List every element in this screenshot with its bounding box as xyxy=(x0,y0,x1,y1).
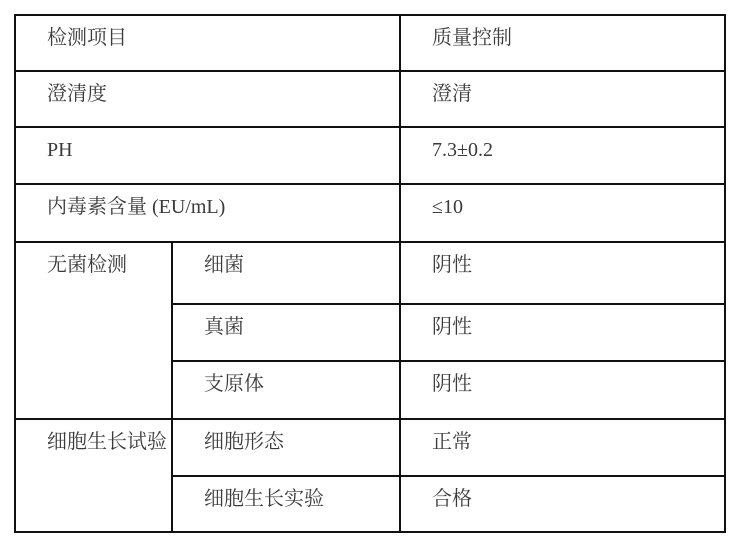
cell-ph-value: 7.3±0.2 xyxy=(400,127,725,184)
cell-fungi-value: 阴性 xyxy=(400,304,725,361)
cell-morphology-value: 正常 xyxy=(400,419,725,476)
fungi-value: 阴性 xyxy=(432,316,472,338)
clarity-label: 澄清度 xyxy=(47,83,107,105)
cell-clarity-label: 澄清度 xyxy=(15,71,400,127)
cell-endotoxin-label: 内毒素含量 (EU/mL) xyxy=(15,184,400,242)
morphology-label: 细胞形态 xyxy=(204,431,284,453)
cell-morphology-label: 细胞形态 xyxy=(172,419,400,476)
cell-growth-test-value: 合格 xyxy=(400,476,725,532)
header-row: 检测项目 质量控制 xyxy=(15,15,725,71)
document-page: 检测项目 质量控制 澄清度 澄清 PH 7.3±0.2 xyxy=(0,0,736,540)
cell-ph-label: PH xyxy=(15,127,400,184)
cell-growth-test-label: 细胞生长实验 xyxy=(172,476,400,532)
mycoplasma-value: 阴性 xyxy=(432,373,472,395)
clarity-value: 澄清 xyxy=(432,83,472,105)
endotoxin-value: ≤10 xyxy=(432,196,463,218)
morphology-value: 正常 xyxy=(432,431,472,453)
table-row-cell-morphology: 细胞生长试验 细胞形态 正常 xyxy=(15,419,725,476)
cell-mycoplasma-label: 支原体 xyxy=(172,361,400,419)
quality-control-table: 检测项目 质量控制 澄清度 澄清 PH 7.3±0.2 xyxy=(14,14,726,533)
cell-bacteria-value: 阴性 xyxy=(400,242,725,304)
bacteria-value: 阴性 xyxy=(432,254,472,276)
cell-fungi-label: 真菌 xyxy=(172,304,400,361)
mycoplasma-label: 支原体 xyxy=(204,373,264,395)
cell-bacteria-label: 细菌 xyxy=(172,242,400,304)
sterility-group-label: 无菌检测 xyxy=(47,254,127,276)
cell-mycoplasma-value: 阴性 xyxy=(400,361,725,419)
table-row-clarity: 澄清度 澄清 xyxy=(15,71,725,127)
table-row-bacteria: 无菌检测 细菌 阴性 xyxy=(15,242,725,304)
cell-sterility-group-label: 无菌检测 xyxy=(15,242,172,419)
growth-test-value: 合格 xyxy=(432,488,472,510)
table-row-endotoxin: 内毒素含量 (EU/mL) ≤10 xyxy=(15,184,725,242)
cell-endotoxin-value: ≤10 xyxy=(400,184,725,242)
bacteria-label: 细菌 xyxy=(204,254,244,276)
cell-test-item-header: 检测项目 xyxy=(15,15,400,71)
test-item-header-label: 检测项目 xyxy=(47,27,127,49)
cell-growth-group-label: 细胞生长试验 xyxy=(15,419,172,532)
quality-control-header-label: 质量控制 xyxy=(432,27,512,49)
cell-clarity-value: 澄清 xyxy=(400,71,725,127)
table-row-ph: PH 7.3±0.2 xyxy=(15,127,725,184)
ph-label: PH xyxy=(47,139,73,161)
cell-quality-control-header: 质量控制 xyxy=(400,15,725,71)
fungi-label: 真菌 xyxy=(204,316,244,338)
ph-value: 7.3±0.2 xyxy=(432,139,493,161)
endotoxin-label: 内毒素含量 (EU/mL) xyxy=(47,196,225,218)
growth-group-label: 细胞生长试验 xyxy=(47,431,167,453)
growth-test-label: 细胞生长实验 xyxy=(204,488,324,510)
